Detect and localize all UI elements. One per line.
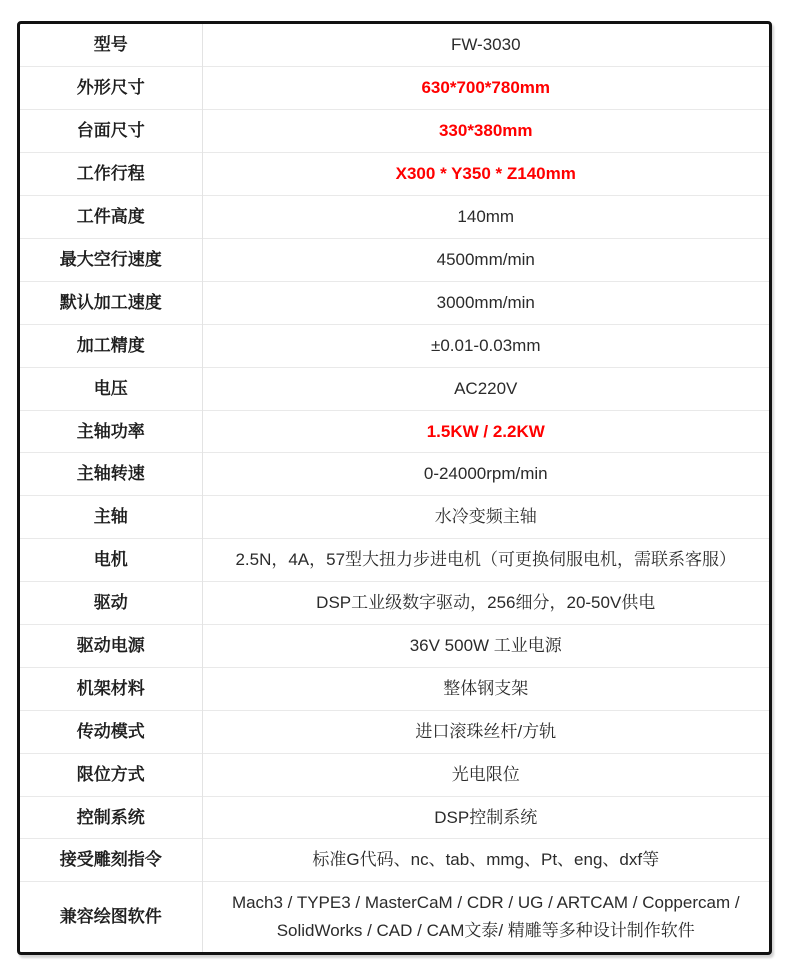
spec-label: 工件高度: [20, 196, 202, 239]
spec-row: 最大空行速度 4500mm/min: [20, 238, 769, 281]
spec-row: 控制系统 DSP控制系统: [20, 796, 769, 839]
spec-value: 水冷变频主轴: [202, 496, 769, 539]
spec-value: 整体钢支架: [202, 667, 769, 710]
spec-row: 限位方式 光电限位: [20, 753, 769, 796]
spec-row: 主轴功率 1.5KW / 2.2KW: [20, 410, 769, 453]
spec-value: 0-24000rpm/min: [202, 453, 769, 496]
spec-value: 1.5KW / 2.2KW: [202, 410, 769, 453]
spec-row: 默认加工速度 3000mm/min: [20, 281, 769, 324]
spec-value: 140mm: [202, 196, 769, 239]
spec-row: 电机 2.5N，4A，57型大扭力步进电机（可更换伺服电机，需联系客服）: [20, 539, 769, 582]
spec-label: 兼容绘图软件: [20, 882, 202, 952]
spec-label: 型号: [20, 24, 202, 67]
spec-value: 标准G代码、nc、tab、mmg、Pt、eng、dxf等: [202, 839, 769, 882]
spec-label: 默认加工速度: [20, 281, 202, 324]
spec-table: 型号 FW-3030 外形尺寸 630*700*780mm 台面尺寸 330*3…: [17, 21, 772, 955]
spec-value: DSP工业级数字驱动，256细分，20-50V供电: [202, 582, 769, 625]
spec-label: 台面尺寸: [20, 110, 202, 153]
spec-value: 4500mm/min: [202, 238, 769, 281]
spec-label: 主轴: [20, 496, 202, 539]
spec-table-grid: 型号 FW-3030 外形尺寸 630*700*780mm 台面尺寸 330*3…: [20, 24, 769, 952]
spec-label: 限位方式: [20, 753, 202, 796]
spec-table-body: 型号 FW-3030 外形尺寸 630*700*780mm 台面尺寸 330*3…: [20, 24, 769, 952]
spec-row: 台面尺寸 330*380mm: [20, 110, 769, 153]
spec-label: 工作行程: [20, 153, 202, 196]
spec-label: 外形尺寸: [20, 67, 202, 110]
spec-row: 主轴 水冷变频主轴: [20, 496, 769, 539]
spec-row: 兼容绘图软件 Mach3 / TYPE3 / MasterCaM / CDR /…: [20, 882, 769, 952]
spec-label: 接受雕刻指令: [20, 839, 202, 882]
spec-value: 330*380mm: [202, 110, 769, 153]
spec-value: 进口滚珠丝杆/方轨: [202, 710, 769, 753]
spec-value: 光电限位: [202, 753, 769, 796]
spec-label: 机架材料: [20, 667, 202, 710]
spec-label: 控制系统: [20, 796, 202, 839]
spec-row: 工件高度 140mm: [20, 196, 769, 239]
spec-row: 接受雕刻指令 标准G代码、nc、tab、mmg、Pt、eng、dxf等: [20, 839, 769, 882]
spec-label: 最大空行速度: [20, 238, 202, 281]
spec-label: 电压: [20, 367, 202, 410]
spec-row: 加工精度 ±0.01-0.03mm: [20, 324, 769, 367]
spec-label: 主轴功率: [20, 410, 202, 453]
spec-value: 2.5N，4A，57型大扭力步进电机（可更换伺服电机，需联系客服）: [202, 539, 769, 582]
spec-value: X300 * Y350 * Z140mm: [202, 153, 769, 196]
spec-value: 36V 500W 工业电源: [202, 624, 769, 667]
spec-row: 外形尺寸 630*700*780mm: [20, 67, 769, 110]
spec-label: 传动模式: [20, 710, 202, 753]
spec-value: 630*700*780mm: [202, 67, 769, 110]
spec-row: 电压 AC220V: [20, 367, 769, 410]
spec-value: DSP控制系统: [202, 796, 769, 839]
spec-value: FW-3030: [202, 24, 769, 67]
spec-row: 型号 FW-3030: [20, 24, 769, 67]
spec-label: 加工精度: [20, 324, 202, 367]
spec-value: AC220V: [202, 367, 769, 410]
spec-row: 机架材料 整体钢支架: [20, 667, 769, 710]
spec-row: 主轴转速 0-24000rpm/min: [20, 453, 769, 496]
spec-row: 驱动 DSP工业级数字驱动，256细分，20-50V供电: [20, 582, 769, 625]
spec-row: 传动模式 进口滚珠丝杆/方轨: [20, 710, 769, 753]
spec-label: 主轴转速: [20, 453, 202, 496]
spec-row: 工作行程 X300 * Y350 * Z140mm: [20, 153, 769, 196]
spec-label: 电机: [20, 539, 202, 582]
spec-row: 驱动电源 36V 500W 工业电源: [20, 624, 769, 667]
spec-label: 驱动: [20, 582, 202, 625]
spec-label: 驱动电源: [20, 624, 202, 667]
spec-value: ±0.01-0.03mm: [202, 324, 769, 367]
spec-value: Mach3 / TYPE3 / MasterCaM / CDR / UG / A…: [202, 882, 769, 952]
spec-value: 3000mm/min: [202, 281, 769, 324]
